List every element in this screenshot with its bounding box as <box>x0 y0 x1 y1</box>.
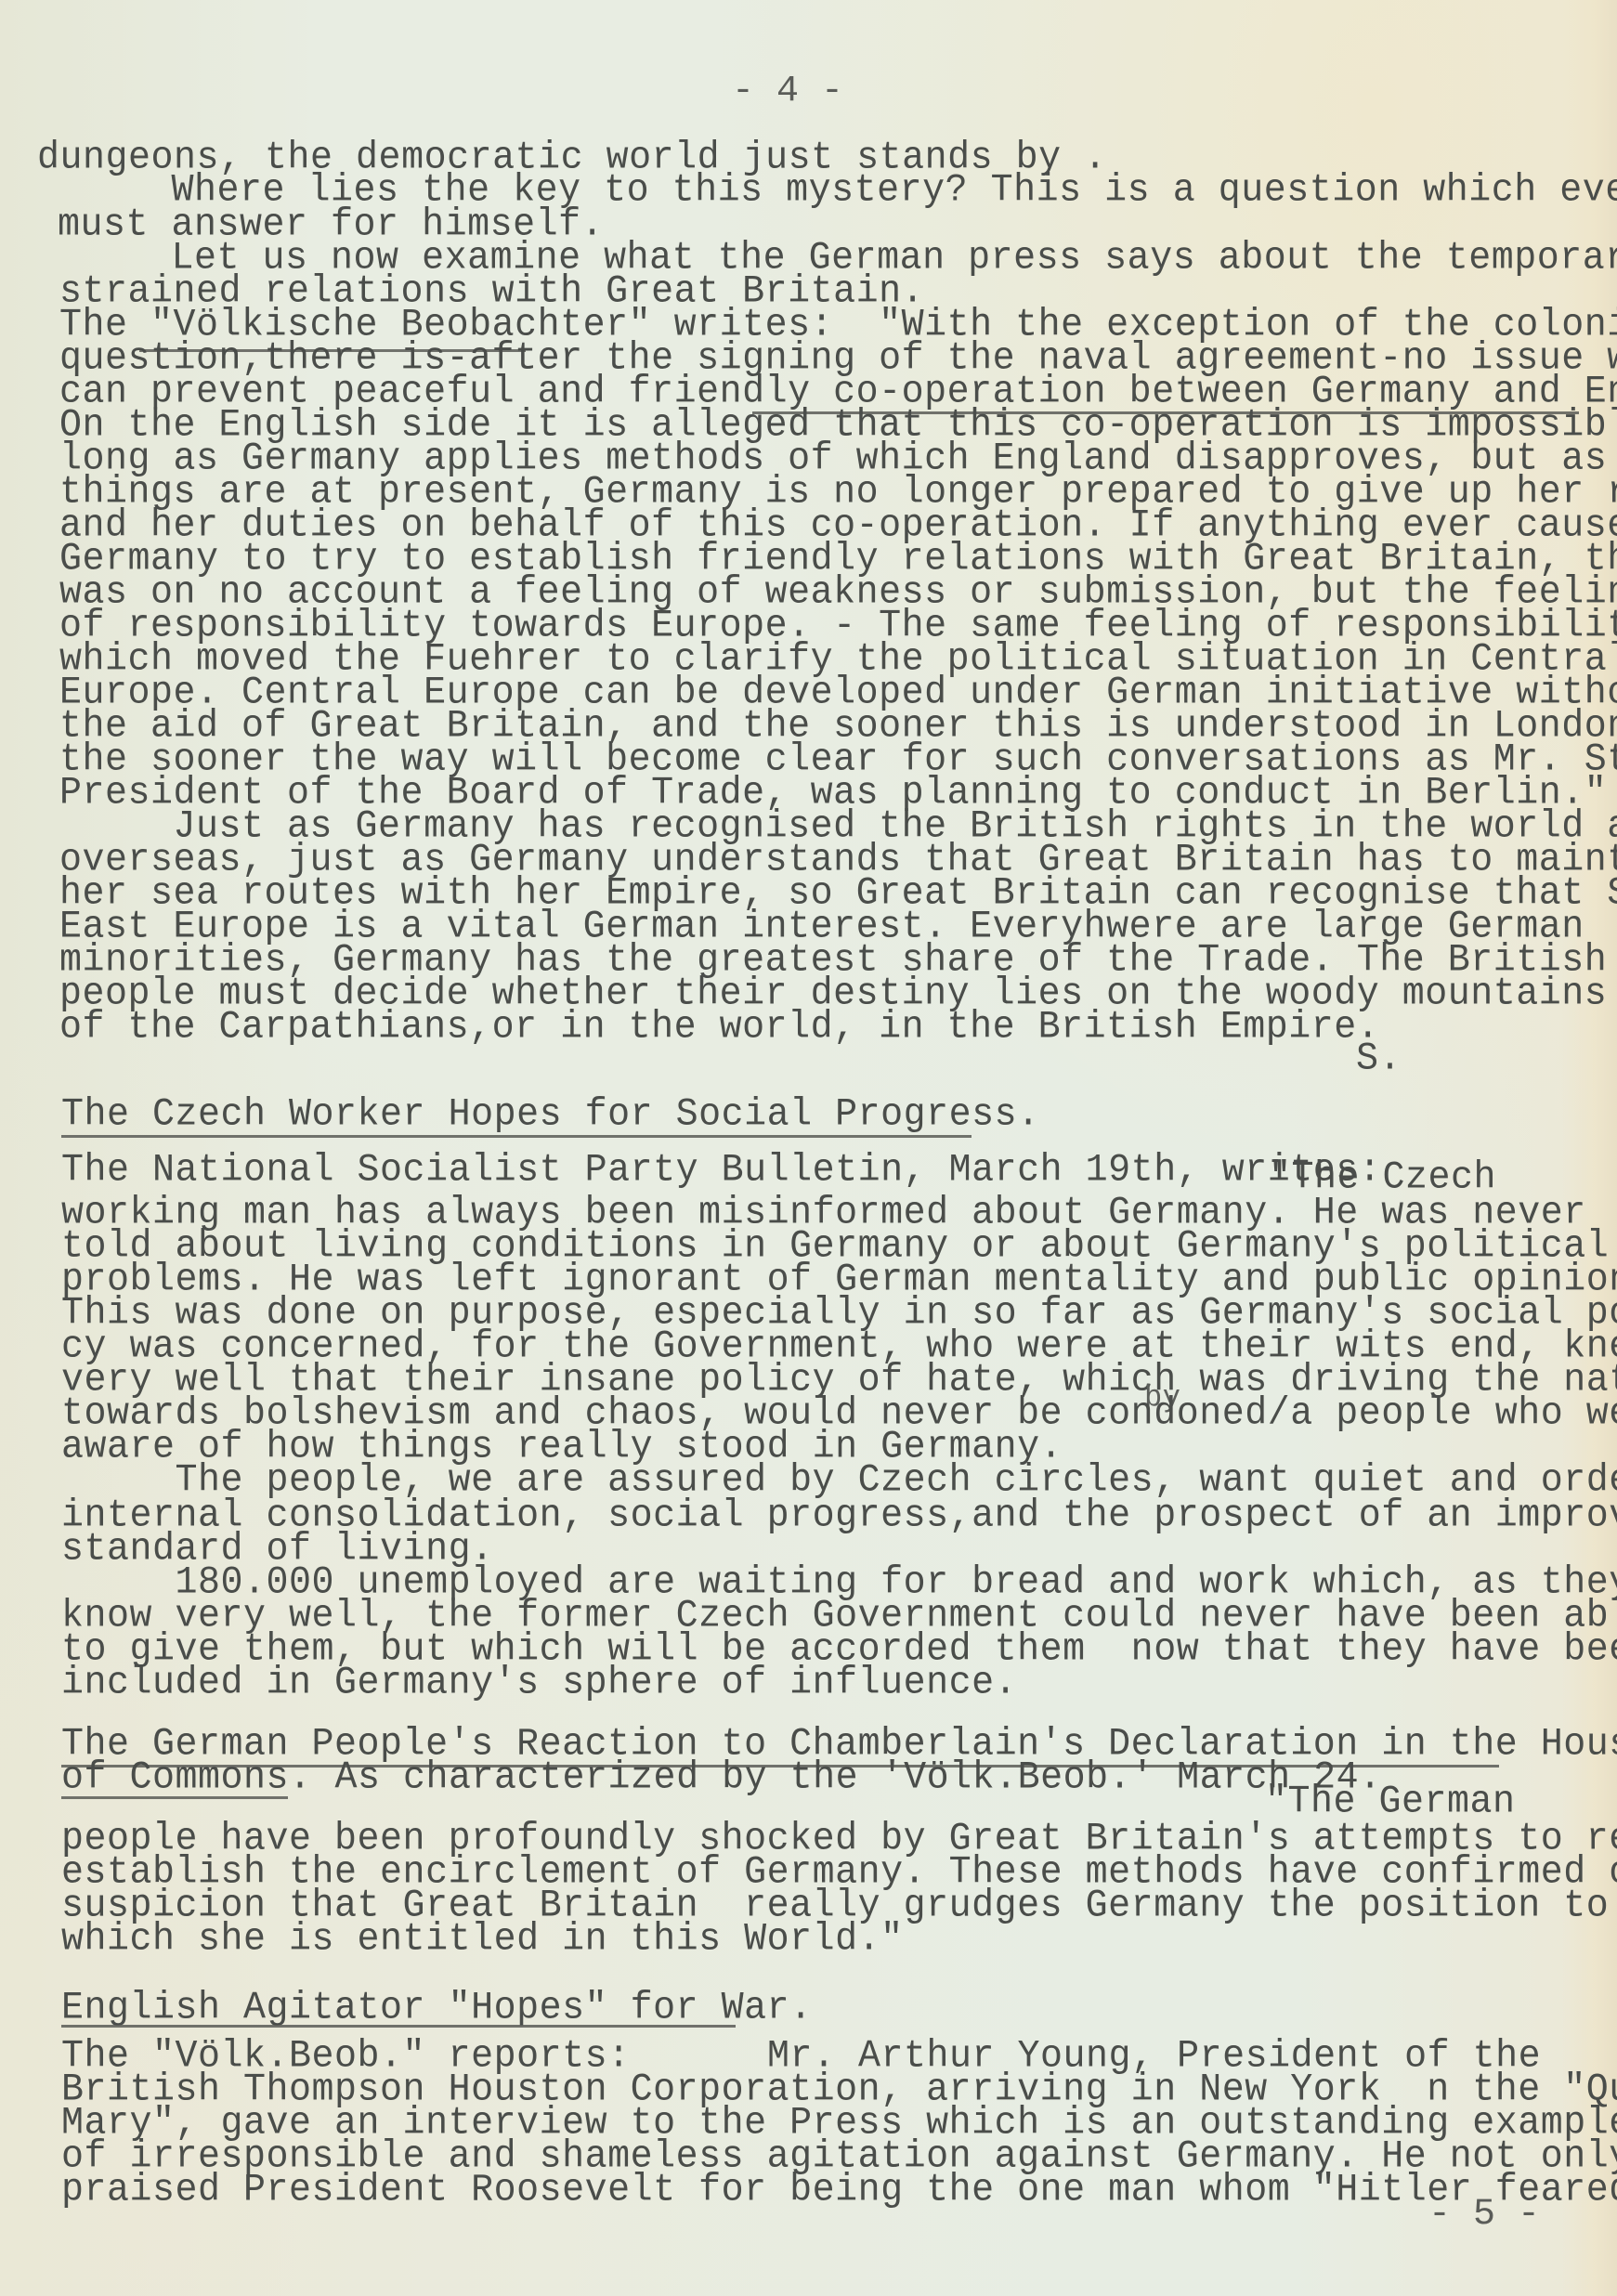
text-line: praised President Roosevelt for being th… <box>61 2172 1617 2211</box>
section-attribution: As characterized by the 'Völk.Beob.' Mar… <box>312 1759 1382 1798</box>
page-number-top: - 4 - <box>732 71 843 112</box>
section-heading: The Czech Worker Hopes for Social Progre… <box>61 1096 1040 1135</box>
section-heading: English Agitator "Hopes" for War. <box>61 1989 813 2029</box>
text-line: of the Carpathians,or in the world, in t… <box>59 1009 1379 1048</box>
section-heading-line2: of Commons. <box>61 1759 312 1798</box>
signature: S. <box>1356 1040 1402 1079</box>
heading-underline <box>61 1135 972 1138</box>
heading-underline <box>61 1796 288 1799</box>
page-number-bottom: - 5 - <box>1428 2194 1540 2236</box>
text-line: which she is entitled in this World." <box>61 1921 904 1960</box>
text-line: "The German <box>1265 1783 1516 1822</box>
text-line: included in Germany's sphere of influenc… <box>61 1664 1017 1703</box>
text-line: The National Socialist Party Bulletin, M… <box>61 1152 1381 1191</box>
heading-underline <box>61 2025 736 2028</box>
